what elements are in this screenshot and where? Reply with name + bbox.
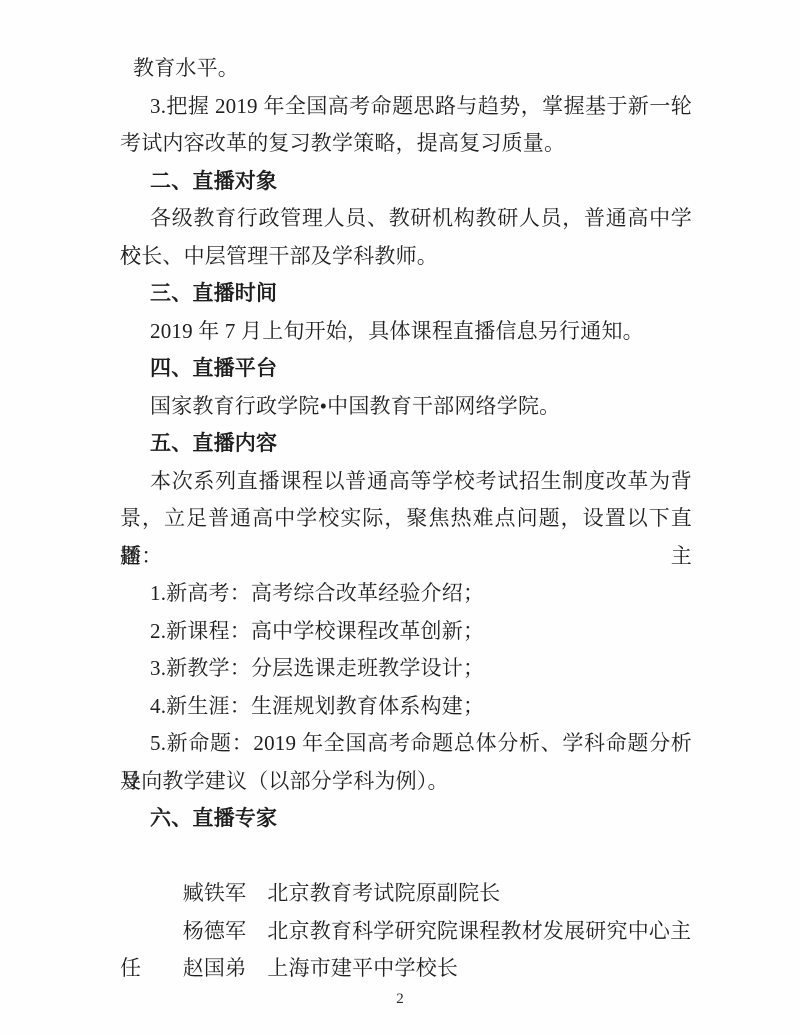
section-heading: 四、直播平台	[120, 350, 692, 388]
expert-title: 北京教育考试院原副院长	[267, 881, 500, 905]
document-page: 教育水平。 3.把握 2019 年全国高考命题思路与趋势，掌握基于新一轮 考试内…	[0, 0, 800, 1035]
section-heading: 五、直播内容	[120, 425, 692, 463]
list-item: 5.新命题：2019 年全国高考命题总体分析、学科命题分析及	[120, 725, 692, 763]
list-item: 1.新高考：高考综合改革经验介绍；	[120, 575, 692, 613]
body-line: 考试内容改革的复习教学策略，提高复习质量。	[120, 125, 692, 163]
continuation-line: 教育水平。	[120, 50, 692, 88]
body-line: 校长、中层管理干部及学科教师。	[120, 238, 692, 276]
list-item: 2.新课程：高中学校课程改革创新；	[120, 613, 692, 651]
expert-name: 杨德军	[153, 913, 247, 951]
expert-name: 赵国弟	[153, 950, 247, 988]
body-line: 国家教育行政学院•中国教育干部网络学院。	[120, 388, 692, 426]
section-heading: 二、直播对象	[120, 163, 692, 201]
body-line: 各级教育行政管理人员、教研机构教研人员，普通高中学校	[120, 200, 692, 238]
section-heading: 六、直播专家	[120, 800, 692, 838]
page-number: 2	[0, 988, 800, 1010]
expert-title: 上海市建平中学校长	[267, 956, 458, 980]
body-line: 景，立足普通高中学校实际，聚焦热难点问题，设置以下直播主	[120, 500, 692, 538]
expert-row: 臧铁军北京教育考试院原副院长	[120, 838, 692, 876]
text-column: 教育水平。 3.把握 2019 年全国高考命题思路与趋势，掌握基于新一轮 考试内…	[0, 0, 800, 950]
list-item: 4.新生涯：生涯规划教育体系构建；	[120, 688, 692, 726]
body-line: 导向教学建议（以部分学科为例）。	[120, 763, 692, 801]
body-line: 本次系列直播课程以普通高等学校考试招生制度改革为背	[120, 463, 692, 501]
list-item: 3.新教学：分层选课走班教学设计；	[120, 650, 692, 688]
body-line: 3.把握 2019 年全国高考命题思路与趋势，掌握基于新一轮	[120, 88, 692, 126]
section-heading: 三、直播时间	[120, 275, 692, 313]
expert-name: 臧铁军	[153, 875, 247, 913]
body-line: 2019 年 7 月上旬开始，具体课程直播信息另行通知。	[120, 313, 692, 351]
